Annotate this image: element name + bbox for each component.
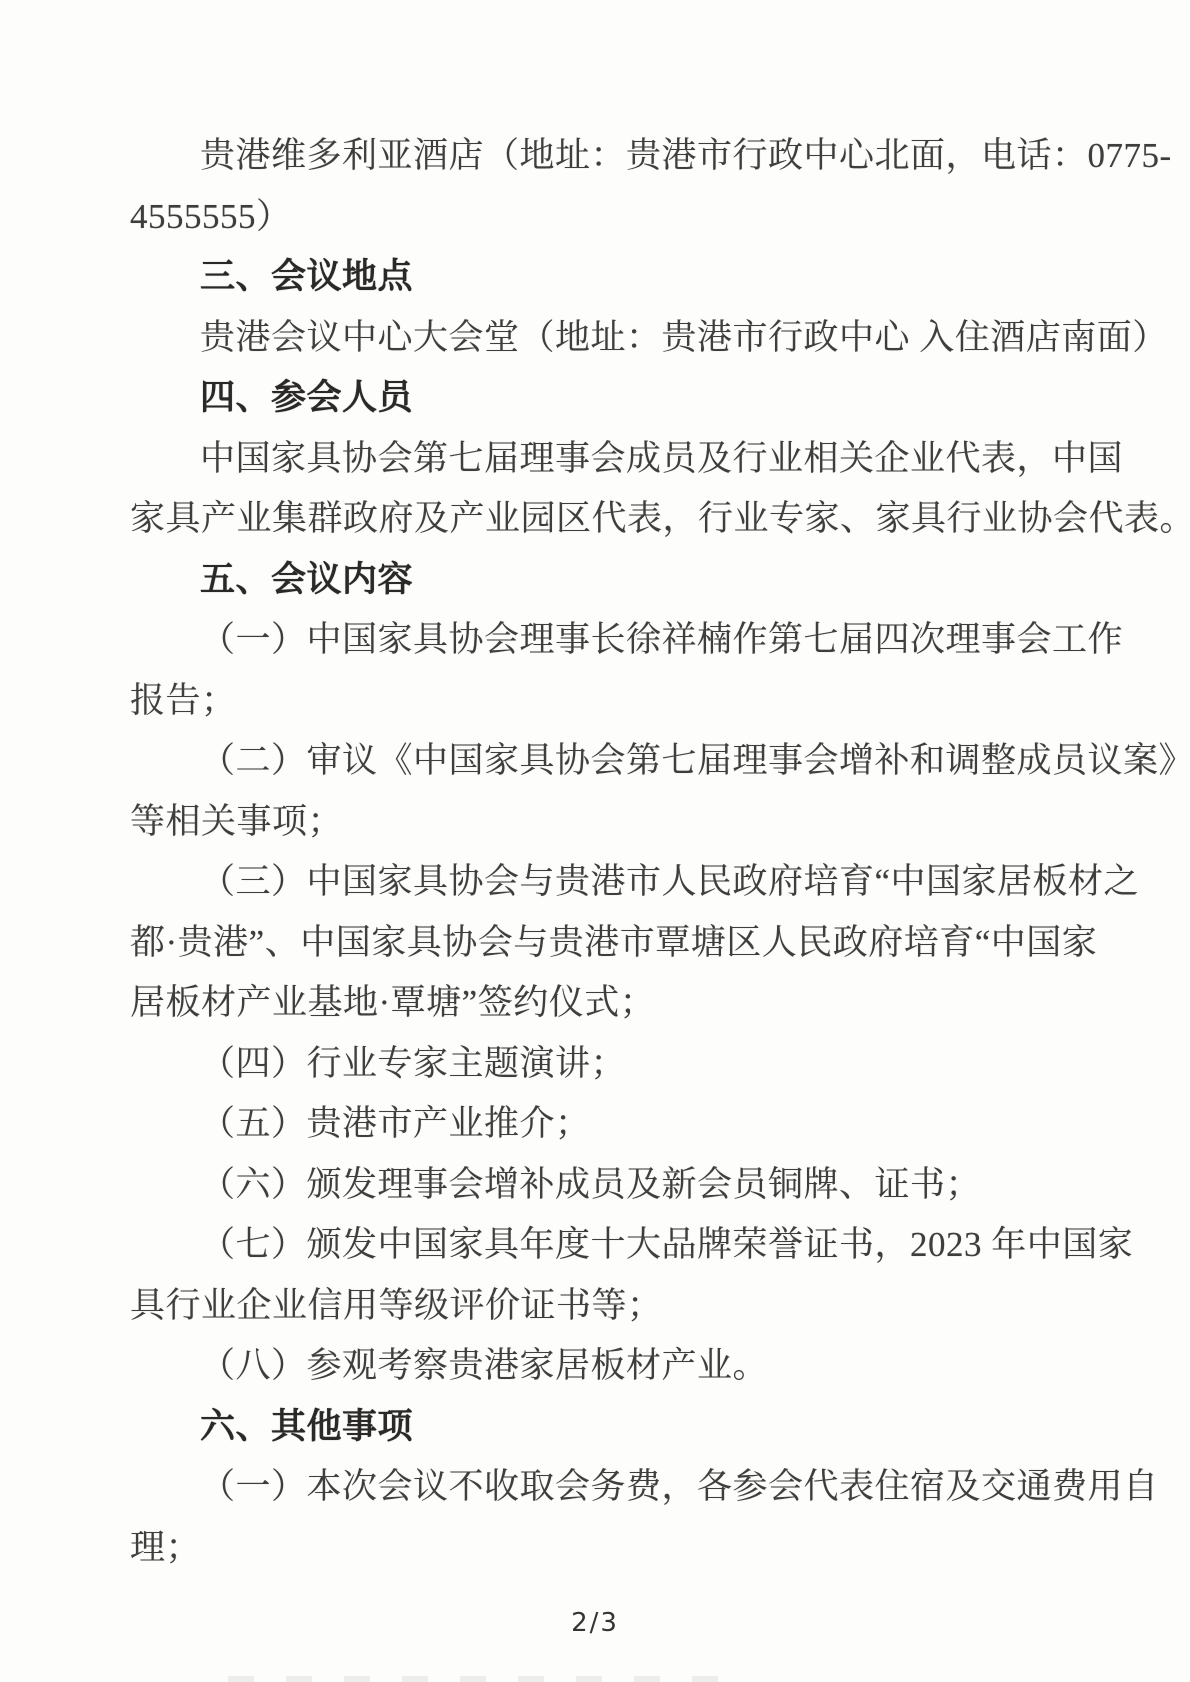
- document-line: 4555555）: [130, 187, 1065, 248]
- document-line: （七）颁发中国家具年度十大品牌荣誉证书，2023 年中国家: [130, 1215, 1065, 1276]
- document-line: （五）贵港市产业推介；: [130, 1094, 1065, 1155]
- document-line: 贵港会议中心大会堂（地址：贵港市行政中心 入住酒店南面）: [130, 308, 1065, 369]
- document-line: 贵港维多利亚酒店（地址：贵港市行政中心北面，电话：0775-: [130, 126, 1065, 187]
- document-line: 三、会议地点: [130, 247, 1065, 308]
- document-line: 理；: [130, 1518, 1065, 1579]
- document-line: 都·贵港”、中国家具协会与贵港市覃塘区人民政府培育“中国家: [130, 913, 1065, 974]
- document-line: 等相关事项；: [130, 792, 1065, 853]
- document-line: （八）参观考察贵港家居板材产业。: [130, 1336, 1065, 1397]
- document-body: 贵港维多利亚酒店（地址：贵港市行政中心北面，电话：0775-4555555）三、…: [130, 126, 1065, 1578]
- scanned-document-page: 贵港维多利亚酒店（地址：贵港市行政中心北面，电话：0775-4555555）三、…: [0, 0, 1190, 1682]
- document-line: 报告；: [130, 671, 1065, 732]
- document-line: （二）审议《中国家具协会第七届理事会增补和调整成员议案》: [130, 731, 1065, 792]
- document-line: （一）中国家具协会理事长徐祥楠作第七届四次理事会工作: [130, 610, 1065, 671]
- page-number: 2/3: [0, 1608, 1190, 1638]
- document-line: （六）颁发理事会增补成员及新会员铜牌、证书；: [130, 1155, 1065, 1216]
- document-line: 中国家具协会第七届理事会成员及行业相关企业代表，中国: [130, 429, 1065, 490]
- cutoff-line-fragment: [228, 1676, 748, 1682]
- document-line: 四、参会人员: [130, 368, 1065, 429]
- document-line: 五、会议内容: [130, 550, 1065, 611]
- document-line: 居板材产业基地·覃塘”签约仪式；: [130, 973, 1065, 1034]
- document-line: （一）本次会议不收取会务费，各参会代表住宿及交通费用自: [130, 1457, 1065, 1518]
- document-line: （三）中国家具协会与贵港市人民政府培育“中国家居板材之: [130, 852, 1065, 913]
- document-line: （四）行业专家主题演讲；: [130, 1034, 1065, 1095]
- document-line: 家具产业集群政府及产业园区代表，行业专家、家具行业协会代表。: [130, 489, 1065, 550]
- document-line: 具行业企业信用等级评价证书等；: [130, 1276, 1065, 1337]
- document-line: 六、其他事项: [130, 1397, 1065, 1458]
